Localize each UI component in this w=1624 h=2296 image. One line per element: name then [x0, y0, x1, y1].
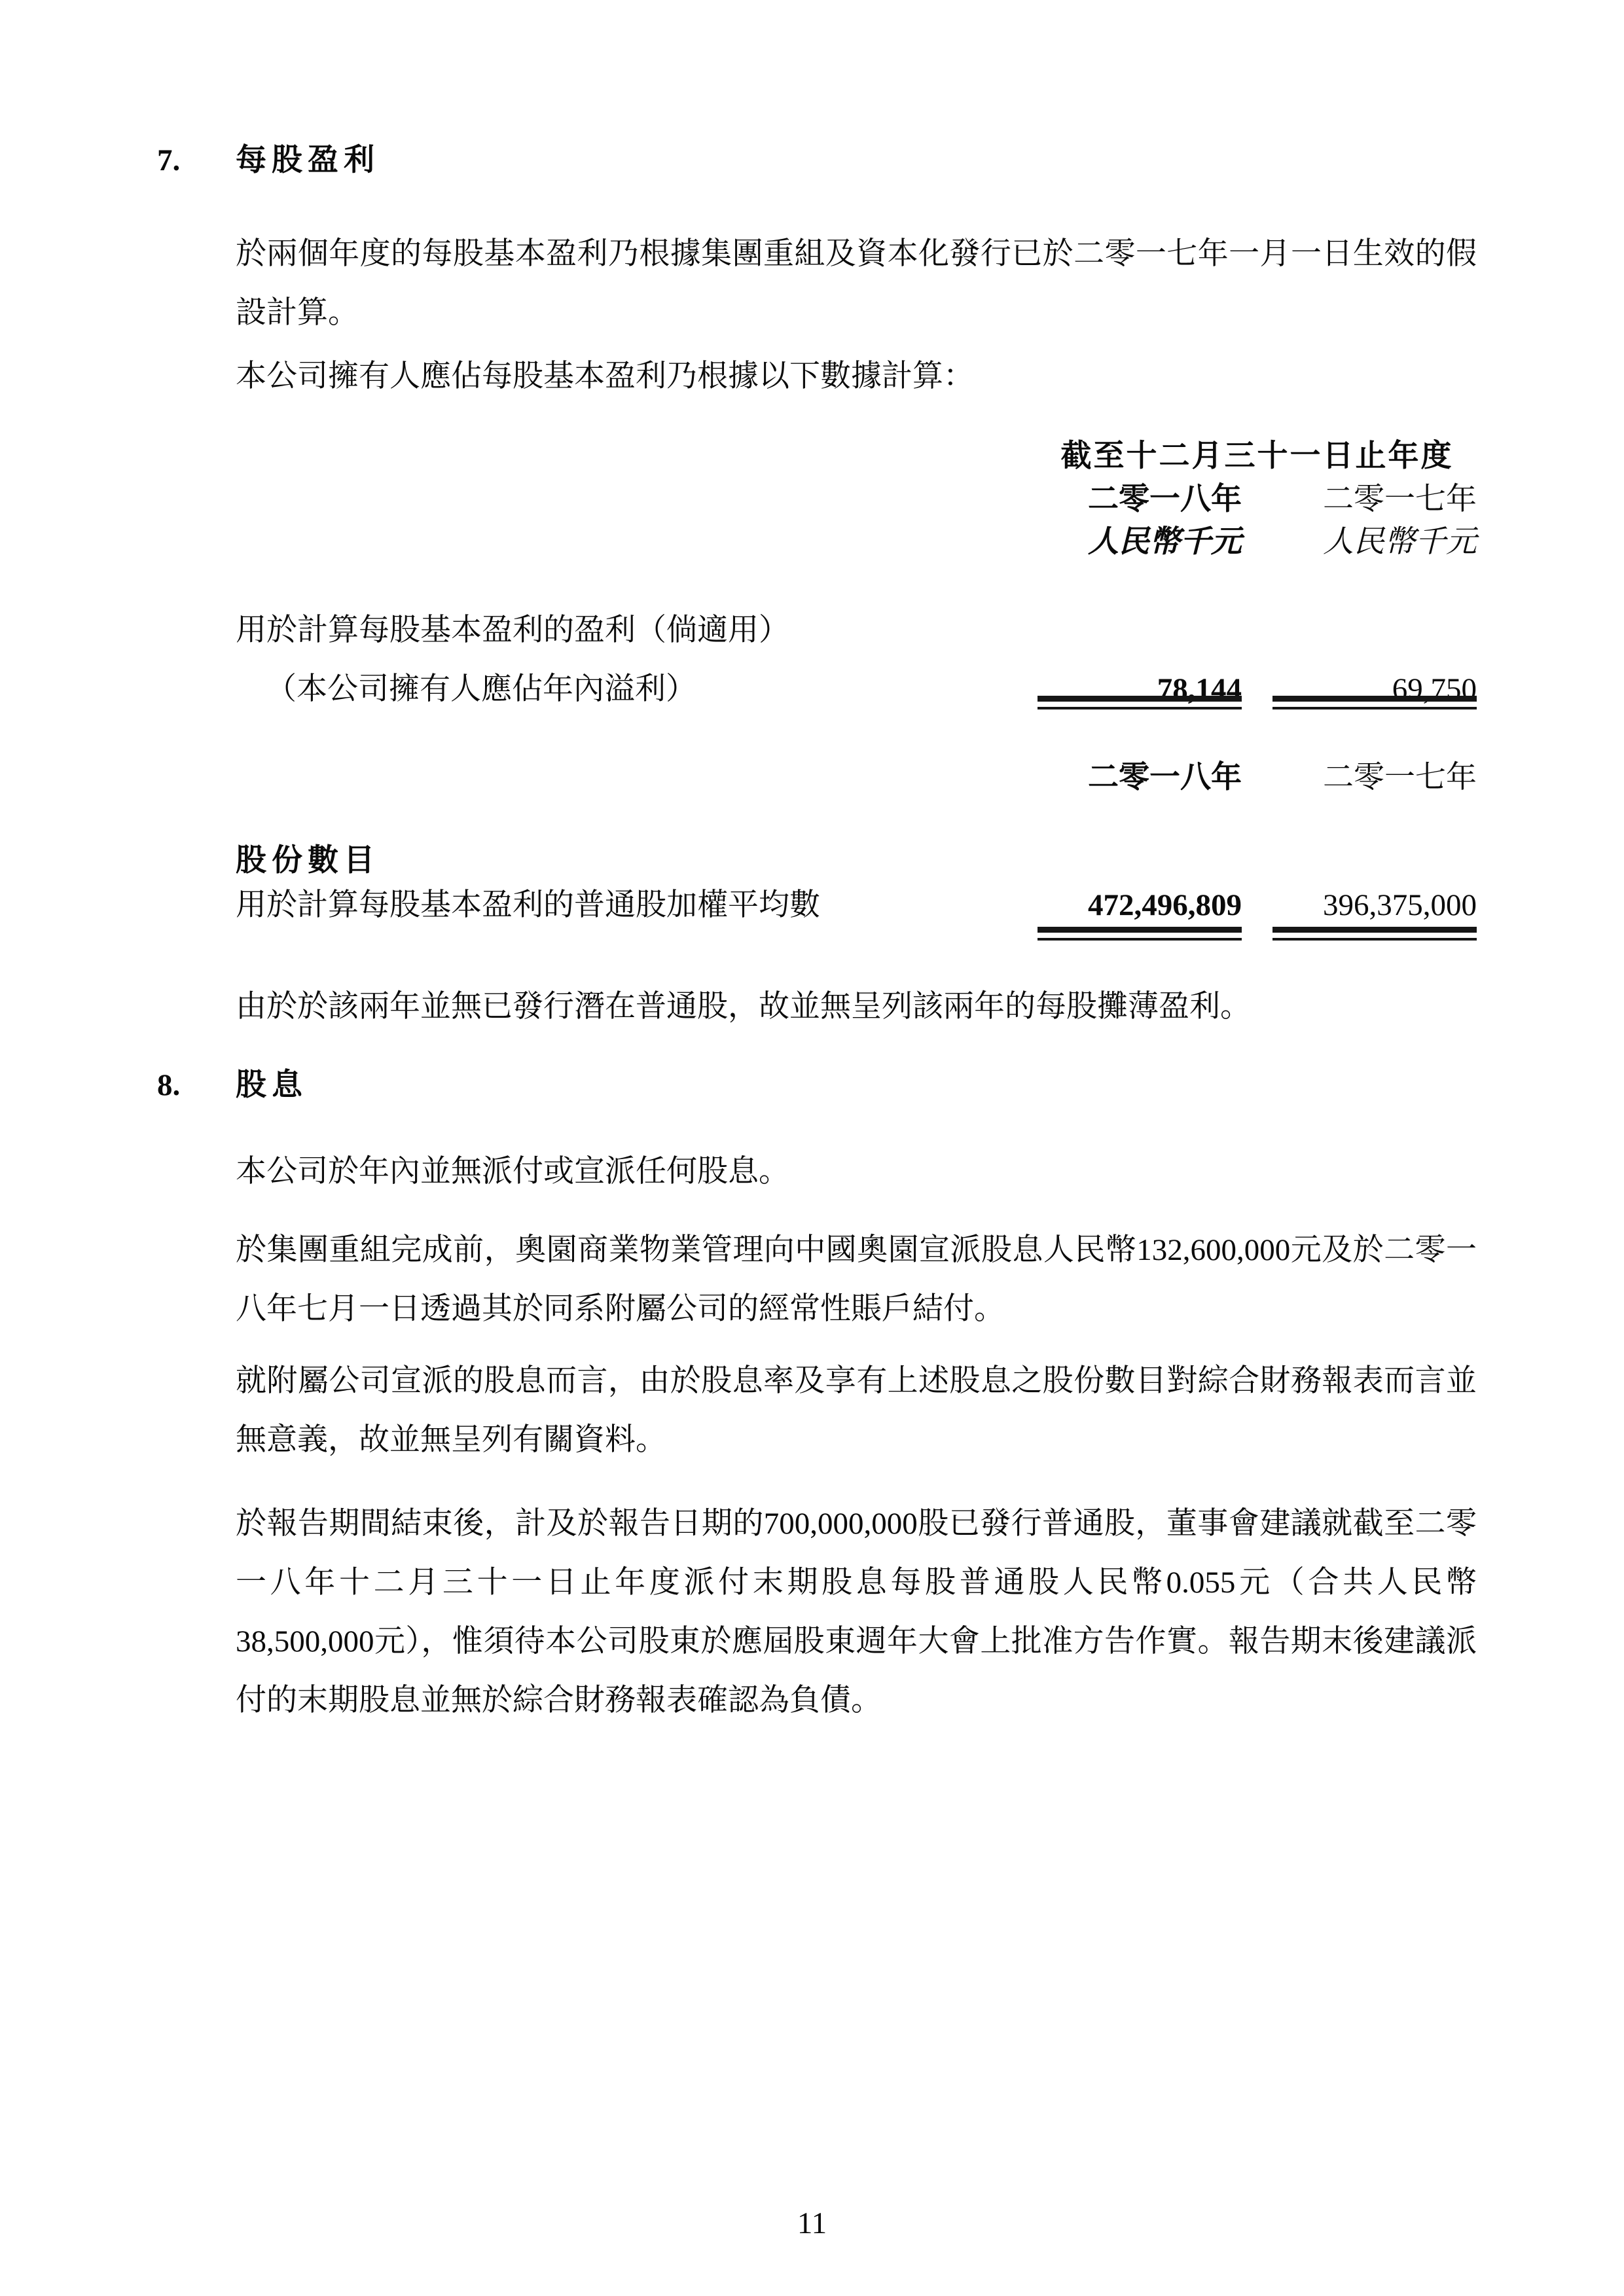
section-8-paragraph-2: 於集團重組完成前，奧園商業物業管理向中國奧園宣派股息人民幣132,600,000… [236, 1221, 1477, 1338]
shares-value-2017: 396,375,000 [1272, 876, 1477, 935]
earnings-value-2017: 69,750 [1272, 660, 1477, 719]
column-header-2017-repeat: 二零一七年 [1272, 748, 1477, 807]
document-page: 7. 每股盈利 於兩個年度的每股基本盈利乃根據集團重組及資本化發行已於二零一七年… [0, 0, 1624, 2296]
earnings-label-line2: （本公司擁有人應佔年內溢利） [236, 660, 1038, 719]
double-rule-shares-2018 [1038, 927, 1242, 941]
shares-row: 用於計算每股基本盈利的普通股加權平均數 472,496,809 396,375,… [236, 876, 1477, 935]
section-7-paragraph-2: 本公司擁有人應佔每股基本盈利乃根據以下數據計算： [236, 347, 1477, 406]
table-year-header-row-2: 二零一八年 二零一七年 [236, 748, 1477, 807]
shares-label: 用於計算每股基本盈利的普通股加權平均數 [236, 876, 1038, 935]
section-7-paragraph-1: 於兩個年度的每股基本盈利乃根據集團重組及資本化發行已於二零一七年一月一日生效的假… [236, 224, 1477, 342]
section-7-number: 7. [157, 131, 236, 190]
column-header-2018-repeat: 二零一八年 [1038, 748, 1242, 807]
double-rule-2018 [1038, 696, 1242, 709]
unit-header-2018: 人民幣千元 [1038, 512, 1242, 571]
shares-value-2018: 472,496,809 [1038, 876, 1242, 935]
section-8-paragraph-3: 就附屬公司宣派的股息而言，由於股息率及享有上述股息之股份數目對綜合財務報表而言並… [236, 1352, 1477, 1469]
section-8-paragraph-4: 於報告期間結束後，計及於報告日期的700,000,000股已發行普通股，董事會建… [236, 1494, 1477, 1730]
unit-header-2017: 人民幣千元 [1272, 512, 1477, 571]
section-8-heading: 8. 股息 [157, 1056, 1477, 1115]
table-unit-row: 人民幣千元 人民幣千元 [236, 512, 1477, 571]
page-number: 11 [0, 2194, 1624, 2253]
section-8-number: 8. [157, 1056, 236, 1115]
section-8-paragraph-1: 本公司於年內並無派付或宣派任何股息。 [236, 1142, 1477, 1201]
section-7-title: 每股盈利 [236, 131, 380, 190]
double-rule-shares-2017 [1272, 927, 1477, 941]
earnings-value-2018: 78,144 [1038, 660, 1242, 719]
double-rule-2017 [1272, 696, 1477, 709]
earnings-label-line1: 用於計算每股基本盈利的盈利（倘適用） [236, 601, 1038, 660]
section-7-heading: 7. 每股盈利 [157, 131, 1477, 190]
section-7-closing-paragraph: 由於於該兩年並無已發行潛在普通股，故並無呈列該兩年的每股攤薄盈利。 [236, 977, 1477, 1036]
section-8-title: 股息 [236, 1056, 308, 1115]
